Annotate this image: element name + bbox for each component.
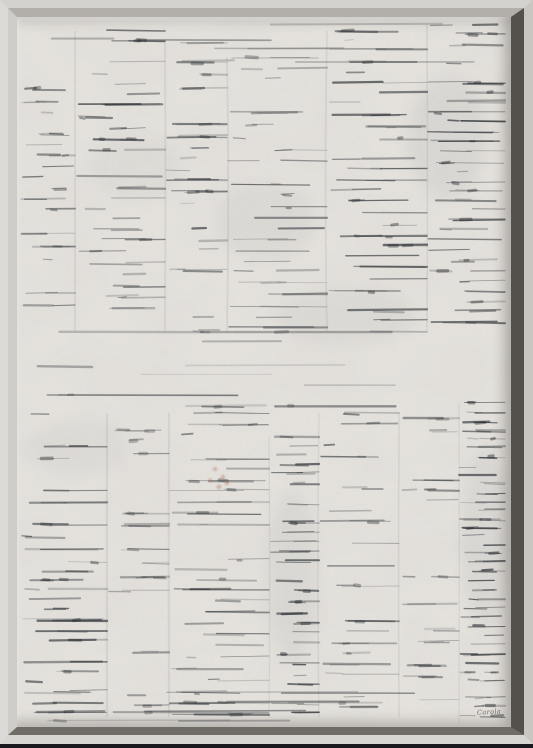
artwork-canvas: Carola (17, 17, 511, 727)
artist-signature: Carola (477, 707, 502, 716)
photo-backdrop: Carola (0, 0, 533, 748)
frame-bevel: Carola (8, 8, 524, 735)
painting-texture (17, 17, 511, 727)
artwork-frame: Carola (0, 0, 533, 744)
